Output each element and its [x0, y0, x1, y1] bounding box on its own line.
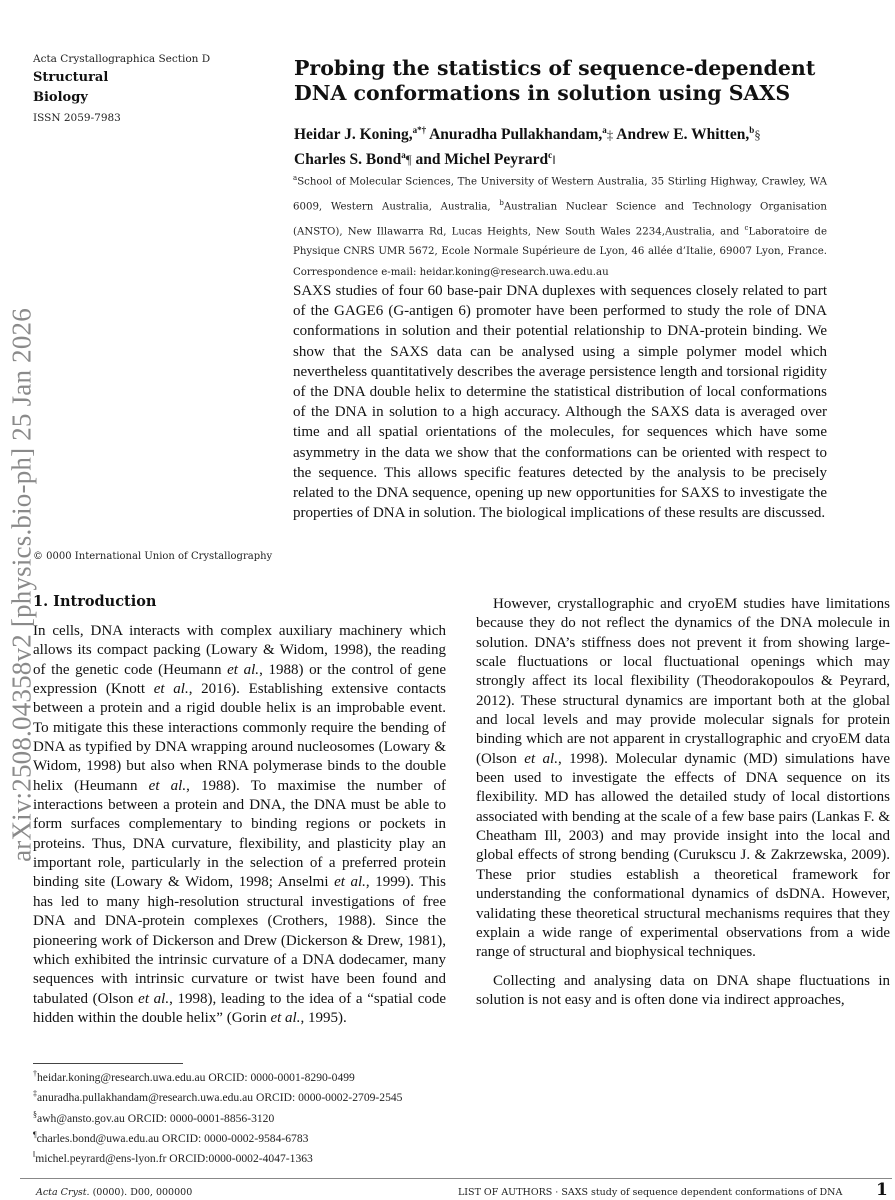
affiliations: aSchool of Molecular Sciences, The Unive…: [293, 168, 827, 283]
footnote: †heidar.koning@research.uwa.edu.au ORCID…: [33, 1066, 473, 1086]
intro-left-column: In cells, DNA interacts with complex aux…: [33, 622, 446, 1028]
correspondence-email: Correspondence e-mail: heidar.koning@res…: [293, 267, 609, 278]
footnote-divider: [33, 1063, 183, 1064]
paper-title: Probing the statistics of sequence-depen…: [294, 56, 854, 106]
abstract: SAXS studies of four 60 base-pair DNA du…: [293, 281, 827, 523]
intro-right-column: However, crystallographic and cryoEM stu…: [476, 595, 890, 1010]
intro-paragraph-1: In cells, DNA interacts with complex aux…: [33, 622, 446, 1028]
footnote: ¶charles.bond@uwa.edu.au ORCID: 0000-000…: [33, 1127, 473, 1147]
author: Anuradha Pullakhandam,a‡: [429, 126, 613, 143]
page-footer-divider: [20, 1178, 892, 1179]
journal-name: Acta Crystallographica Section D: [33, 53, 210, 65]
issn: ISSN 2059-7983: [33, 112, 121, 124]
footer-citation: Acta Cryst. (0000). D00, 000000: [36, 1187, 192, 1198]
author: and Michel Peyrardc‖: [416, 151, 556, 168]
author: Heidar J. Koning,a*†: [294, 126, 426, 143]
intro-paragraph-3: Collecting and analysing data on DNA sha…: [476, 972, 890, 1011]
author-footnotes: †heidar.koning@research.uwa.edu.au ORCID…: [33, 1066, 473, 1168]
journal-section-line1: Structural: [33, 70, 108, 85]
author-list: Heidar J. Koning,a*† Anuradha Pullakhand…: [294, 120, 854, 170]
page-number: 1: [876, 1180, 888, 1200]
journal-section-line2: Biology: [33, 90, 88, 105]
running-title: LIST OF AUTHORS · SAXS study of sequence…: [458, 1187, 842, 1198]
copyright-notice: © 0000 International Union of Crystallog…: [33, 551, 272, 562]
footnote: §awh@ansto.gov.au ORCID: 0000-0001-8856-…: [33, 1107, 473, 1127]
intro-paragraph-2: However, crystallographic and cryoEM stu…: [476, 595, 890, 963]
author: Andrew E. Whitten,b§: [616, 126, 760, 143]
footnote: ‖michel.peyrard@ens-lyon.fr ORCID:0000-0…: [33, 1147, 473, 1167]
author: Charles S. Bonda¶: [294, 151, 412, 168]
section-heading-introduction: 1. Introduction: [33, 593, 156, 610]
footnote: ‡anuradha.pullakhandam@research.uwa.edu.…: [33, 1086, 473, 1106]
